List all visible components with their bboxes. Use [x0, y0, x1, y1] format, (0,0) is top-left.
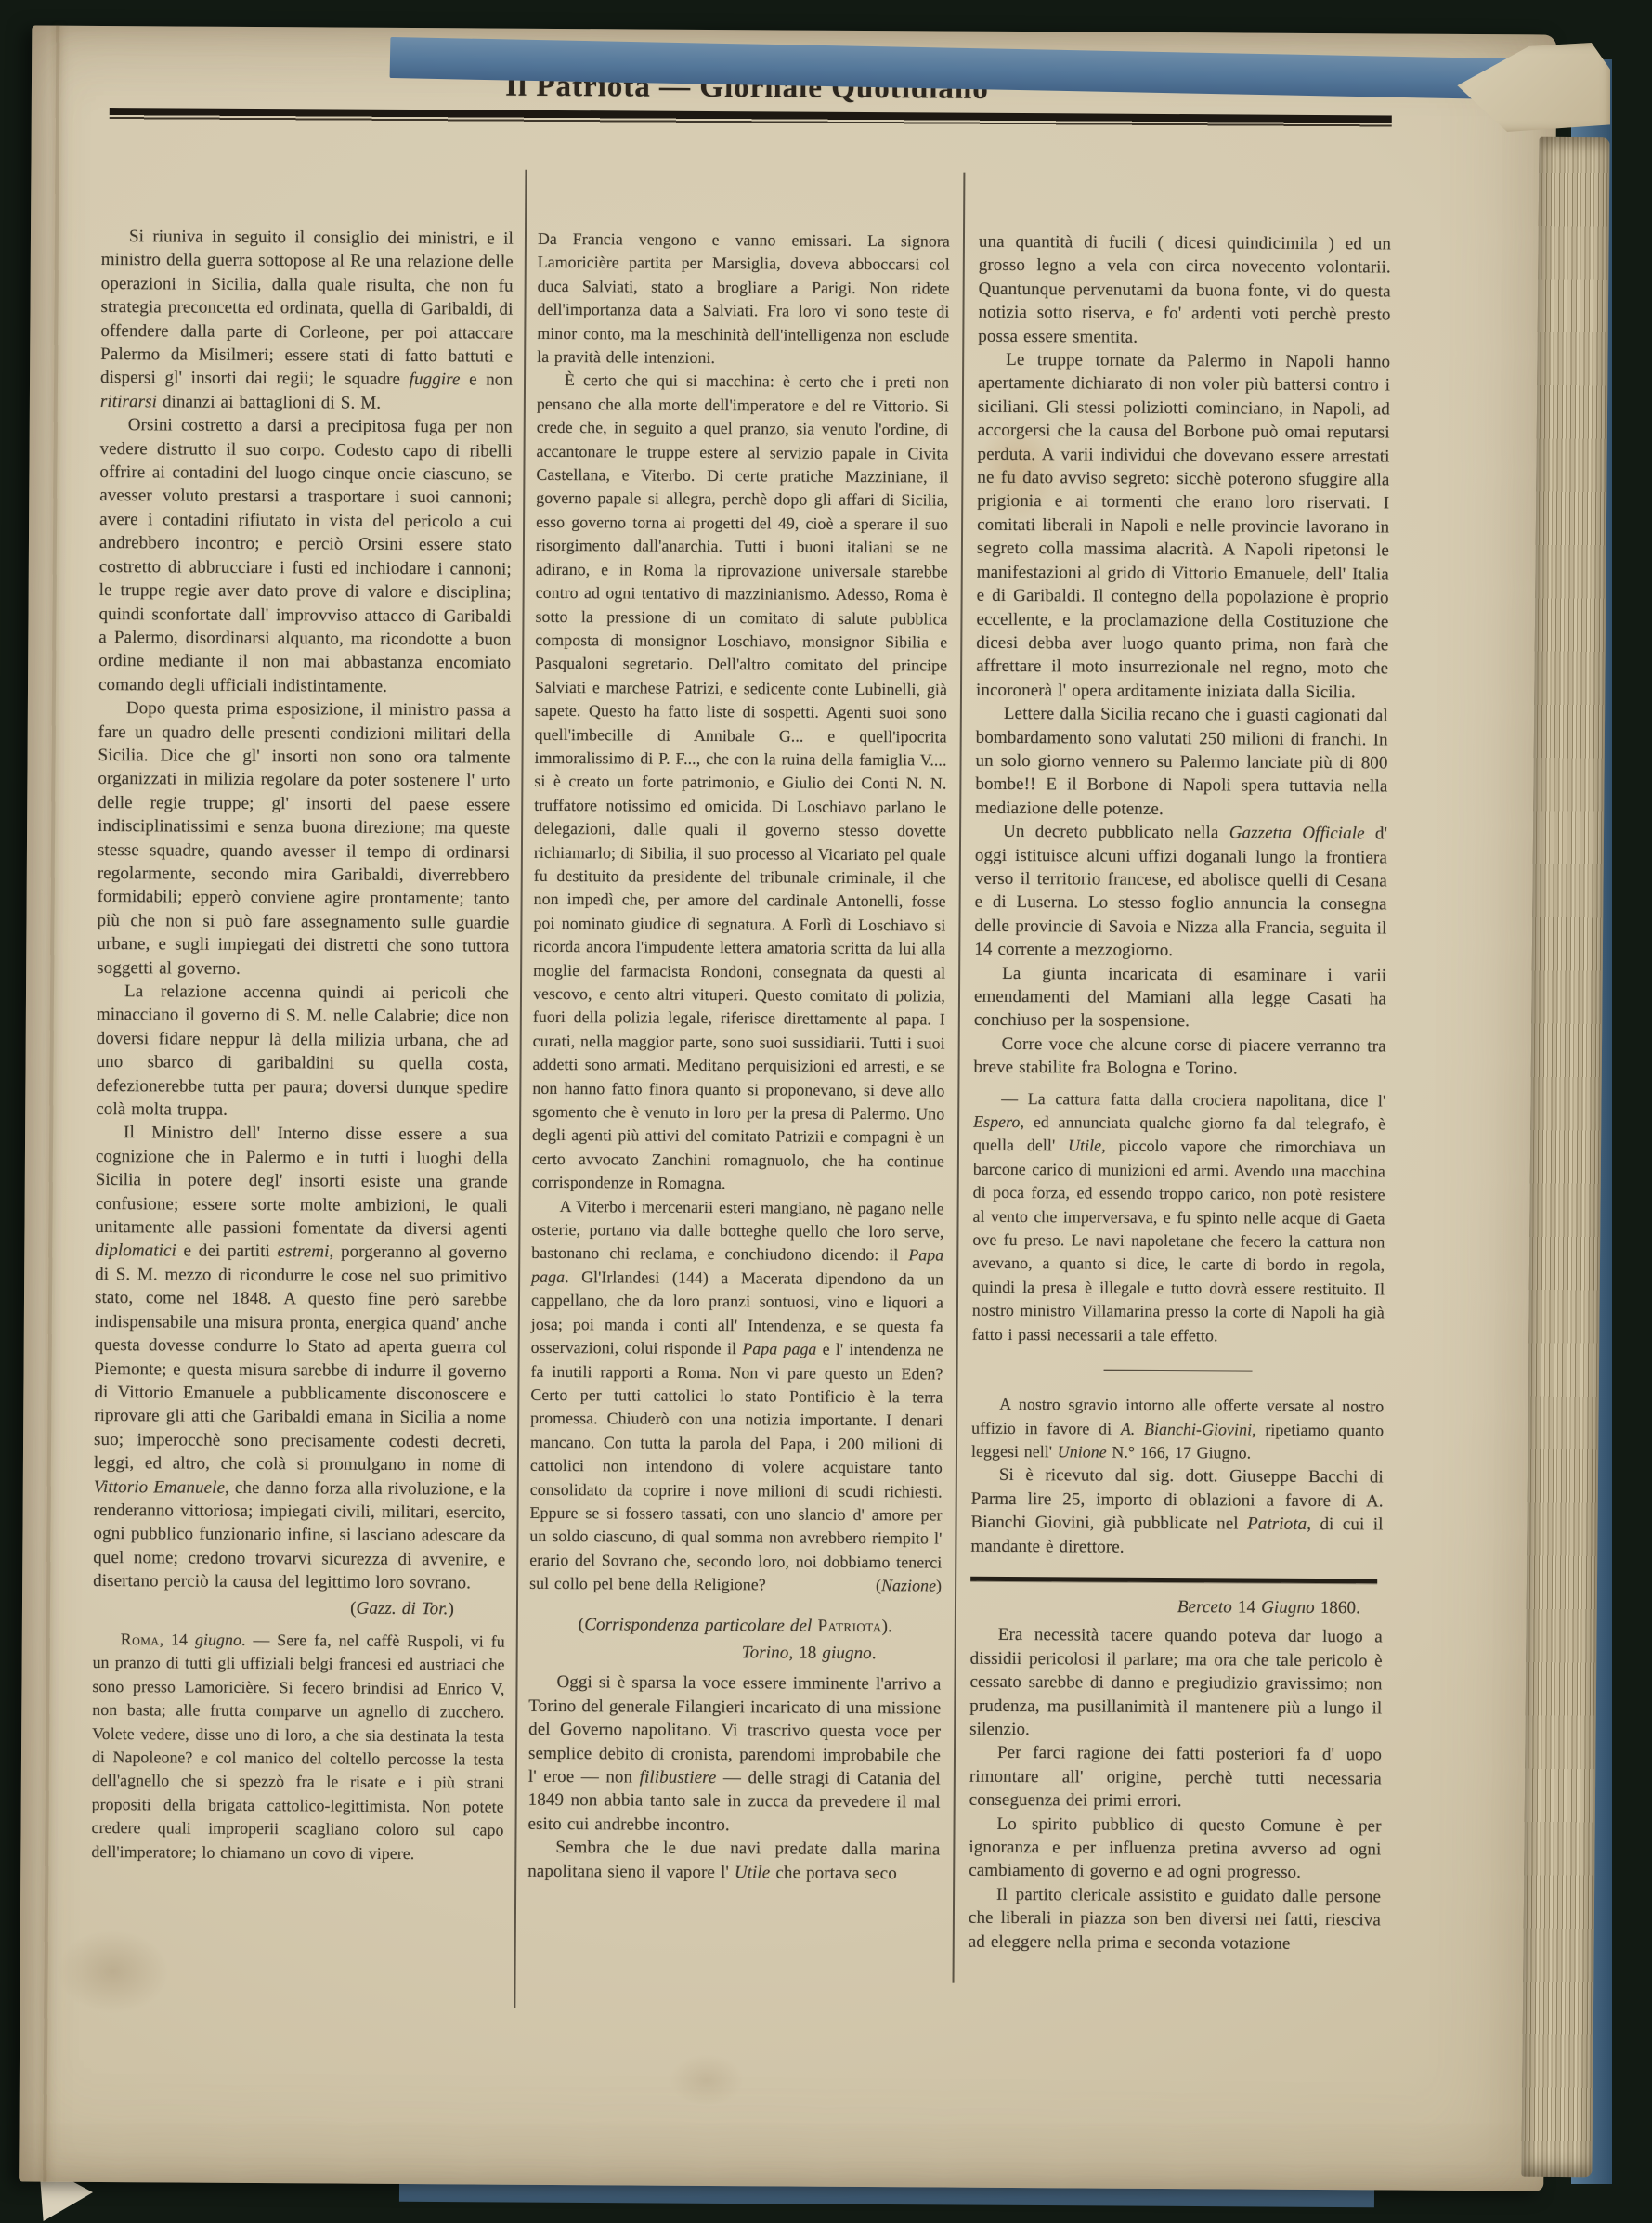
dateline-berceto: Berceto 14 Giugno 1860.: [970, 1594, 1383, 1620]
column-3: una quantità di fucili ( dicesi quindici…: [969, 230, 1391, 1956]
column-divider: [953, 173, 966, 1983]
section-rule-thick: [970, 1577, 1377, 1584]
column-2: Da Francia vengono e vanno emissari. La …: [527, 227, 950, 1886]
paragraph: Oggi si è sparsa la voce essere imminent…: [527, 1670, 941, 1839]
paragraph: Le truppe tornate da Palermo in Napoli h…: [976, 348, 1390, 705]
attribution-gazzetta-di-torino: (Gazz. di Tor.): [93, 1595, 505, 1621]
paragraph: Corre voce che alcune corse di piacere v…: [973, 1033, 1385, 1083]
paragraph: Orsini costretto a darsi a precipitosa f…: [98, 413, 513, 699]
paragraph: La giunta incaricata di esaminare i vari…: [974, 961, 1386, 1034]
masthead-rule: [110, 108, 1392, 128]
attribution-nazione: (Nazione): [848, 1574, 942, 1598]
paragraph: Lo spirito pubblico di questo Comune è p…: [969, 1812, 1381, 1885]
paragraph: Era necessità tacere quando poteva dar l…: [969, 1623, 1383, 1744]
column-divider: [514, 170, 527, 2008]
correspondence-heading: (Corrispondenza particolare del Patriota…: [529, 1612, 942, 1638]
page-fold-crease: [43, 26, 59, 2182]
paragraph: Si è ricevuto dal sig. dott. Giuseppe Ba…: [970, 1463, 1384, 1560]
paragraph: Sembra che le due navi predate dalla mar…: [527, 1836, 940, 1886]
editorial-notice: A nostro sgravio intorno alle offerte ve…: [971, 1393, 1384, 1466]
paragraph: Per farci ragione dei fatti posteriori f…: [969, 1741, 1382, 1814]
paper-stain: [670, 2054, 744, 2106]
paper-stain: [57, 1930, 169, 2014]
paragraph: una quantità di fucili ( dicesi quindici…: [978, 230, 1391, 351]
paragraph: A Viterbo i mercenarii esteri mangiano, …: [529, 1194, 944, 1598]
dateline-torino: Torino, 18 giugno.: [529, 1640, 942, 1666]
paragraph: Dopo questa prima esposizione, il minist…: [97, 696, 511, 982]
correspondence-roma: Roma, 14 giugno. — Sere fa, nel caffè Ru…: [91, 1628, 505, 1866]
paragraph: La relazione accenna quindi ai pericoli …: [96, 980, 509, 1124]
newspaper-page: Il Patriota — Giornale Quotidiano Si riu…: [19, 26, 1556, 2191]
news-excerpt: — La cattura fatta dalla crociera napoli…: [972, 1086, 1386, 1348]
scanned-newspaper-photo: { "masthead": "Il Patriota — Giornale Qu…: [0, 0, 1652, 2223]
section-rule-short: [1104, 1370, 1253, 1372]
paragraph: Si riuniva in seguito il consiglio dei m…: [100, 225, 514, 416]
paragraph: Da Francia vengono e vanno emissari. La …: [537, 227, 950, 371]
paragraph: È certo che qui si macchina: è certo che…: [532, 369, 949, 1197]
paragraph: Un decreto pubblicato nella Gazzetta Off…: [974, 820, 1387, 964]
paragraph: Lettere dalla Sicilia recano che i guast…: [975, 702, 1388, 823]
paragraph: Il partito clericale assistito e guidato…: [969, 1883, 1381, 1956]
column-1: Si riuniva in seguito il consiglio dei m…: [91, 225, 514, 1866]
paragraph: Il Ministro dell' Interno disse essere a…: [93, 1121, 508, 1595]
